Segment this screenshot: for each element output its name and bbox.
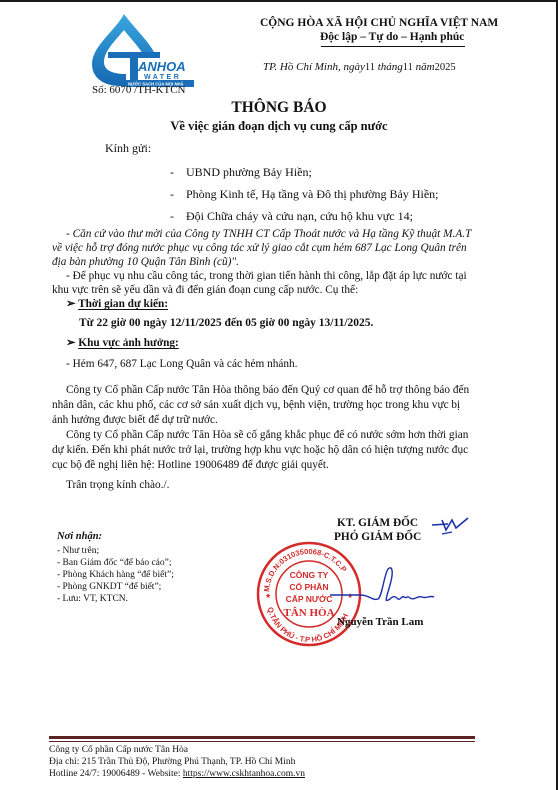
basis-line: địa bàn phường 10 Quận Tân Bình (cũ)". [52,255,239,270]
basis-line: về việc hỗ trợ đóng nước phục vụ công tá… [52,241,467,256]
svg-text:TÂN HÒA: TÂN HÒA [283,607,334,619]
national-motto: Độc lập – Tự do – Hạnh phúc [320,31,464,43]
distribution-item: - Như trên; [57,545,99,557]
footer-rule-thick [49,736,475,739]
area-value: - Hẻm 647, 687 Lạc Long Quân và các hẻm … [66,357,298,372]
footer-company: Công ty Cổ phần Cấp nước Tân Hòa [49,744,188,756]
footer-address: Địa chỉ: 215 Trần Thủ Độ, Phường Phú Thạ… [49,756,295,768]
arrow-bullet-icon: ➢ [66,337,78,349]
initial-mark-icon [430,516,470,538]
handwritten-signature-icon [330,565,450,615]
distribution-item: - Lưu: VT, KTCN. [57,593,128,605]
purpose-line: - Để phục vụ nhu cầu công tác, trong thờ… [66,269,467,284]
tan-hoa-logo-icon: ANHOA WATER NƯỚC SẠCH CỦA MỌI NHÀ [86,12,198,88]
document-number: Số: 6070 /TH-KTCN [92,84,186,96]
basis-line: - Căn cứ vào thư mời của Công ty TNHH CT… [66,227,471,242]
footer-hotline-text: Hotline 24/7: 19006489 - Website: [49,769,183,779]
distribution-item: - Phòng Khách hàng “để biết”; [57,569,174,581]
nation-heading: CỘNG HÒA XÃ HỘI CHỦ NGHĨA VIỆT NAM [260,17,498,29]
time-heading: ➢ Thời gian dự kiến: [66,297,168,310]
website-link[interactable]: https://www.cskhtanhoa.com.vn [183,769,305,779]
document-subtitle: Về việc gián đoạn dịch vụ cung cấp nước [0,119,558,134]
signature-title-line1: KT. GIÁM ĐỐC [337,517,418,529]
date-place: TP. Hồ Chí Minh, ngày [263,61,365,73]
date-year-label: năm [413,61,435,73]
svg-text:★: ★ [265,592,271,600]
effort-line: Công ty Cổ phần Cấp nước Tân Hòa sẽ cố g… [66,428,468,443]
issue-date: TP. Hồ Chí Minh, ngày11 tháng11 năm2025 [263,61,456,73]
svg-text:CỔ PHẦN: CỔ PHẦN [289,581,328,592]
date-month-label: tháng [375,61,403,73]
date-day: 11 [365,62,375,73]
time-value: Từ 22 giờ 00 ngày 12/11/2025 đến 05 giờ … [79,317,373,329]
area-heading: ➢ Khu vực ảnh hưởng: [66,336,179,349]
footer-rule-thin [49,741,475,742]
distribution-item: - Ban Giám đốc “để báo cáo”; [57,557,171,569]
arrow-bullet-icon: ➢ [66,298,78,310]
notice-line: ảnh hưởng được biết để dự trữ nước. [52,413,218,428]
footer-hotline: Hotline 24/7: 19006489 - Website: https:… [49,768,305,780]
notice-line: nhân dân, các khu phố, các cơ sở sản xuấ… [52,398,460,413]
distribution-item: - Phòng GNKDT “để biết”; [57,581,161,593]
salutation: Kính gửi: [105,141,151,156]
svg-text:CẤP NƯỚC: CẤP NƯỚC [286,593,333,604]
effort-line: cục bộ đề nghị liên hệ: Hotline 19006489… [52,458,329,473]
date-month: 11 [403,62,413,73]
svg-text:CÔNG TY: CÔNG TY [290,569,329,580]
svg-text:ANHOA: ANHOA [137,59,186,74]
purpose-line: khu vực trên sẽ yếu dần và đi đến gián đ… [52,283,358,298]
closing-line: Trân trọng kính chào./. [66,478,169,493]
effort-line: dự kiến. Đến khi phát nước trở lại, trườ… [52,443,468,458]
notice-line: Công ty Cổ phần Cấp nước Tân Hòa thông b… [66,383,469,398]
date-year: 2025 [435,62,456,73]
motto-underline [321,46,465,47]
document-title: THÔNG BÁO [0,99,558,117]
signer-name: Nguyễn Trần Lam [337,616,423,628]
svg-text:WATER: WATER [144,74,181,81]
distribution-title: Nơi nhận: [57,531,102,542]
